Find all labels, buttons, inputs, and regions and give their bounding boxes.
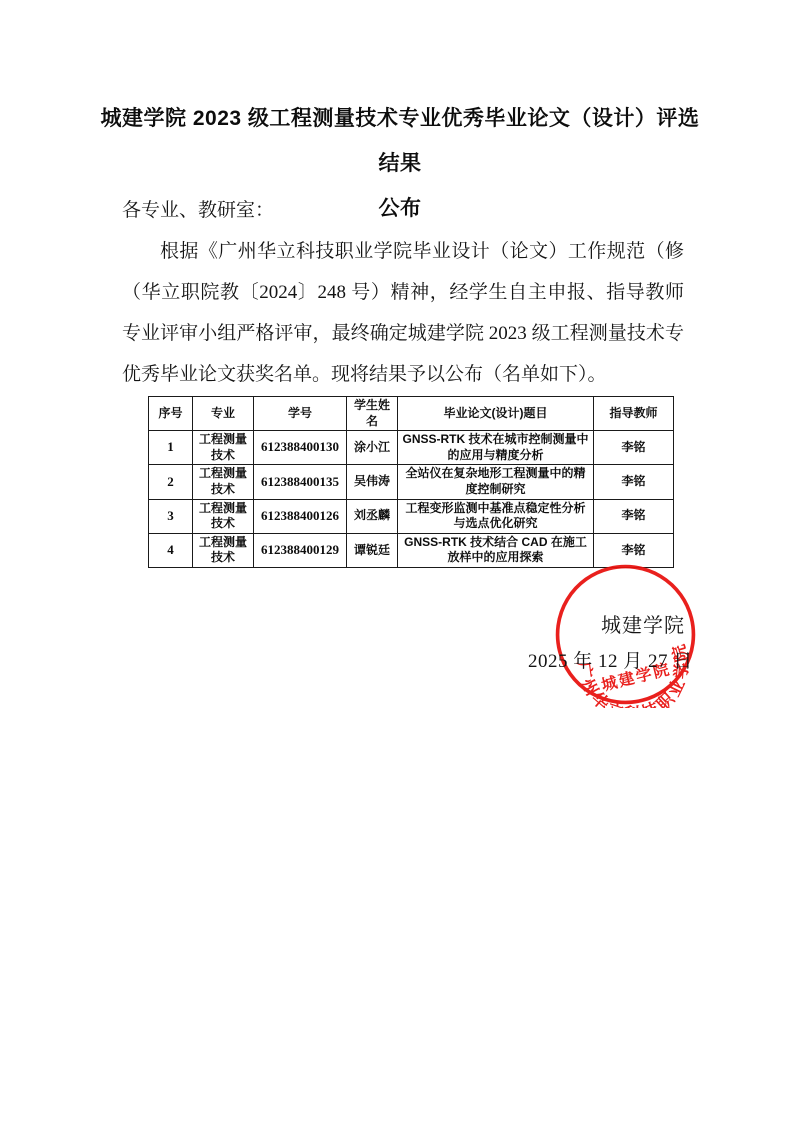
table-row: 1 工程测量技术 612388400130 涂小江 GNSS-RTK 技术在城市…	[149, 431, 674, 465]
cell-student-id: 612388400130	[254, 431, 347, 465]
document-body: 各专业、教研室： 根据《广州华立科技职业学院毕业设计（论文）工作规范（修订）》 …	[122, 190, 684, 395]
cell-index: 1	[149, 431, 193, 465]
cell-student-name: 刘丞麟	[347, 499, 398, 533]
header-cell-index: 序号	[149, 397, 193, 431]
header-cell-student-id: 学号	[254, 397, 347, 431]
cell-thesis-title: 工程变形监测中基准点稳定性分析与选点优化研究	[398, 499, 594, 533]
header-cell-student-name: 学生姓名	[347, 397, 398, 431]
cell-major: 工程测量技术	[193, 499, 254, 533]
header-cell-thesis-title: 毕业论文(设计)题目	[398, 397, 594, 431]
cell-student-name: 涂小江	[347, 431, 398, 465]
paragraph-line: 根据《广州华立科技职业学院毕业设计（论文）工作规范（修订）》	[122, 231, 684, 272]
table-row: 2 工程测量技术 612388400135 吴伟涛 全站仪在复杂地形工程测量中的…	[149, 465, 674, 499]
table-header-row: 序号 专业 学号 学生姓名 毕业论文(设计)题目 指导教师	[149, 397, 674, 431]
document-date: 2025 年 12 月 27 日	[528, 646, 693, 673]
table-row: 3 工程测量技术 612388400126 刘丞麟 工程变形监测中基准点稳定性分…	[149, 499, 674, 533]
cell-major: 工程测量技术	[193, 465, 254, 499]
salutation: 各专业、教研室：	[122, 190, 684, 231]
cell-index: 3	[149, 499, 193, 533]
cell-major: 工程测量技术	[193, 533, 254, 567]
cell-student-id: 612388400129	[254, 533, 347, 567]
cell-student-name: 谭锐廷	[347, 533, 398, 567]
document-title-line1: 城建学院 2023 级工程测量技术专业优秀毕业论文（设计）评选结果	[100, 96, 700, 186]
cell-advisor: 李铭	[594, 431, 674, 465]
cell-student-id: 612388400135	[254, 465, 347, 499]
cell-thesis-title: GNSS-RTK 技术在城市控制测量中的应用与精度分析	[398, 431, 594, 465]
paragraph-line: 优秀毕业论文获奖名单。现将结果予以公布（名单如下）。	[122, 354, 684, 395]
header-cell-advisor: 指导教师	[594, 397, 674, 431]
cell-advisor: 李铭	[594, 499, 674, 533]
cell-student-name: 吴伟涛	[347, 465, 398, 499]
document-page: 城建学院 2023 级工程测量技术专业优秀毕业论文（设计）评选结果 公布 各专业…	[0, 0, 799, 1131]
cell-thesis-title: 全站仪在复杂地形工程测量中的精度控制研究	[398, 465, 594, 499]
header-cell-major: 专业	[193, 397, 254, 431]
awards-table: 序号 专业 学号 学生姓名 毕业论文(设计)题目 指导教师 1 工程测量技术 6…	[148, 396, 674, 568]
cell-student-id: 612388400126	[254, 499, 347, 533]
paragraph-line: （华立职院教〔2024〕248 号）精神，经学生自主申报、指导教师推荐、	[122, 272, 684, 313]
cell-index: 2	[149, 465, 193, 499]
cell-advisor: 李铭	[594, 465, 674, 499]
cell-index: 4	[149, 533, 193, 567]
signature-unit: 城建学院	[601, 609, 685, 638]
paragraph-line: 专业评审小组严格评审，最终确定城建学院 2023 级工程测量技术专业	[122, 313, 684, 354]
cell-major: 工程测量技术	[193, 431, 254, 465]
